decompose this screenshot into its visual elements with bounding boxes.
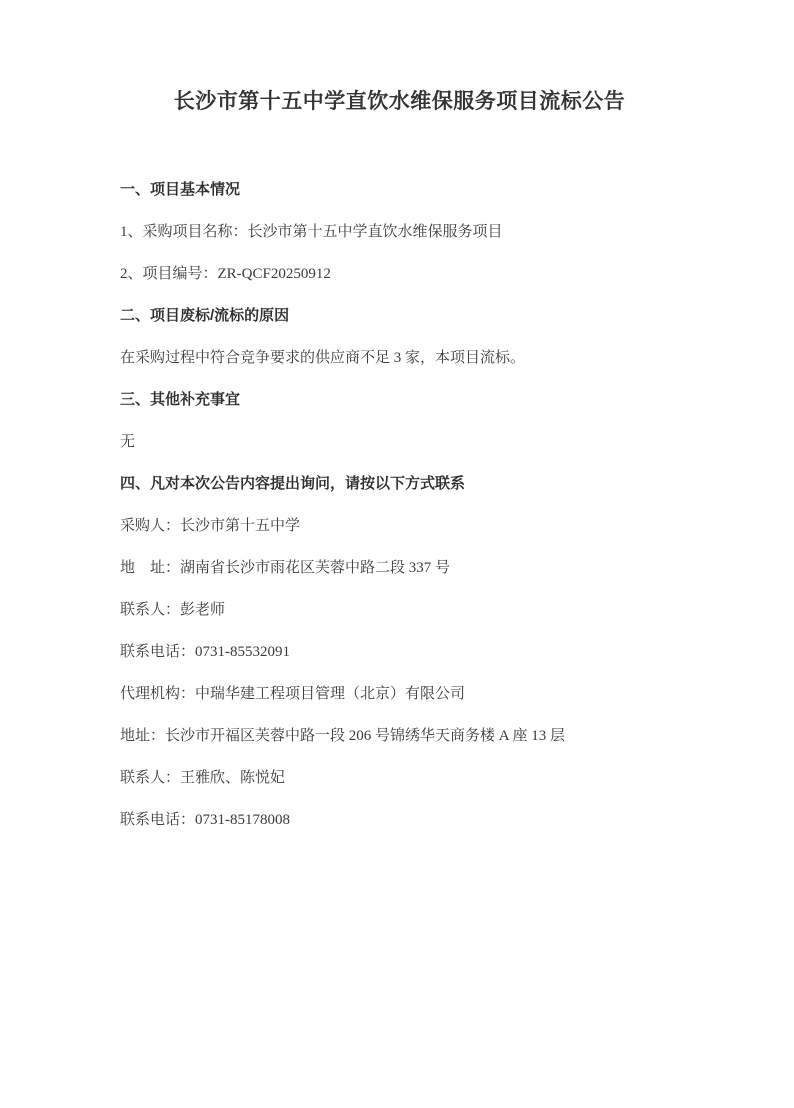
purchaser-line: 采购人：长沙市第十五中学 <box>120 516 679 536</box>
purchaser-contact-line: 联系人：彭老师 <box>120 600 679 620</box>
page-title: 长沙市第十五中学直饮水维保服务项目流标公告 <box>120 88 679 116</box>
section-heading-basic-info: 一、项目基本情况 <box>120 180 679 200</box>
agency-address-line: 地址：长沙市开福区芙蓉中路一段 206 号锦绣华天商务楼 A 座 13 层 <box>120 726 679 746</box>
document-page: 长沙市第十五中学直饮水维保服务项目流标公告 一、项目基本情况 1、采购项目名称：… <box>0 0 794 1108</box>
section-heading-failure-reason: 二、项目废标/流标的原因 <box>120 306 679 326</box>
section-heading-contact-info: 四、凡对本次公告内容提出询问，请按以下方式联系 <box>120 474 679 494</box>
agency-line: 代理机构：中瑞华建工程项目管理（北京）有限公司 <box>120 684 679 704</box>
project-number-line: 2、项目编号：ZR-QCF20250912 <box>120 264 679 284</box>
section-heading-supplement: 三、其他补充事宜 <box>120 390 679 410</box>
purchaser-address-line: 地 址：湖南省长沙市雨花区芙蓉中路二段 337 号 <box>120 558 679 578</box>
supplement-none-line: 无 <box>120 432 679 452</box>
agency-phone-line: 联系电话：0731-85178008 <box>120 810 679 830</box>
purchaser-phone-line: 联系电话：0731-85532091 <box>120 642 679 662</box>
procurement-project-name-line: 1、采购项目名称：长沙市第十五中学直饮水维保服务项目 <box>120 222 679 242</box>
agency-contact-line: 联系人：王雅欣、陈悦妃 <box>120 768 679 788</box>
failure-reason-line: 在采购过程中符合竞争要求的供应商不足 3 家，本项目流标。 <box>120 348 679 368</box>
